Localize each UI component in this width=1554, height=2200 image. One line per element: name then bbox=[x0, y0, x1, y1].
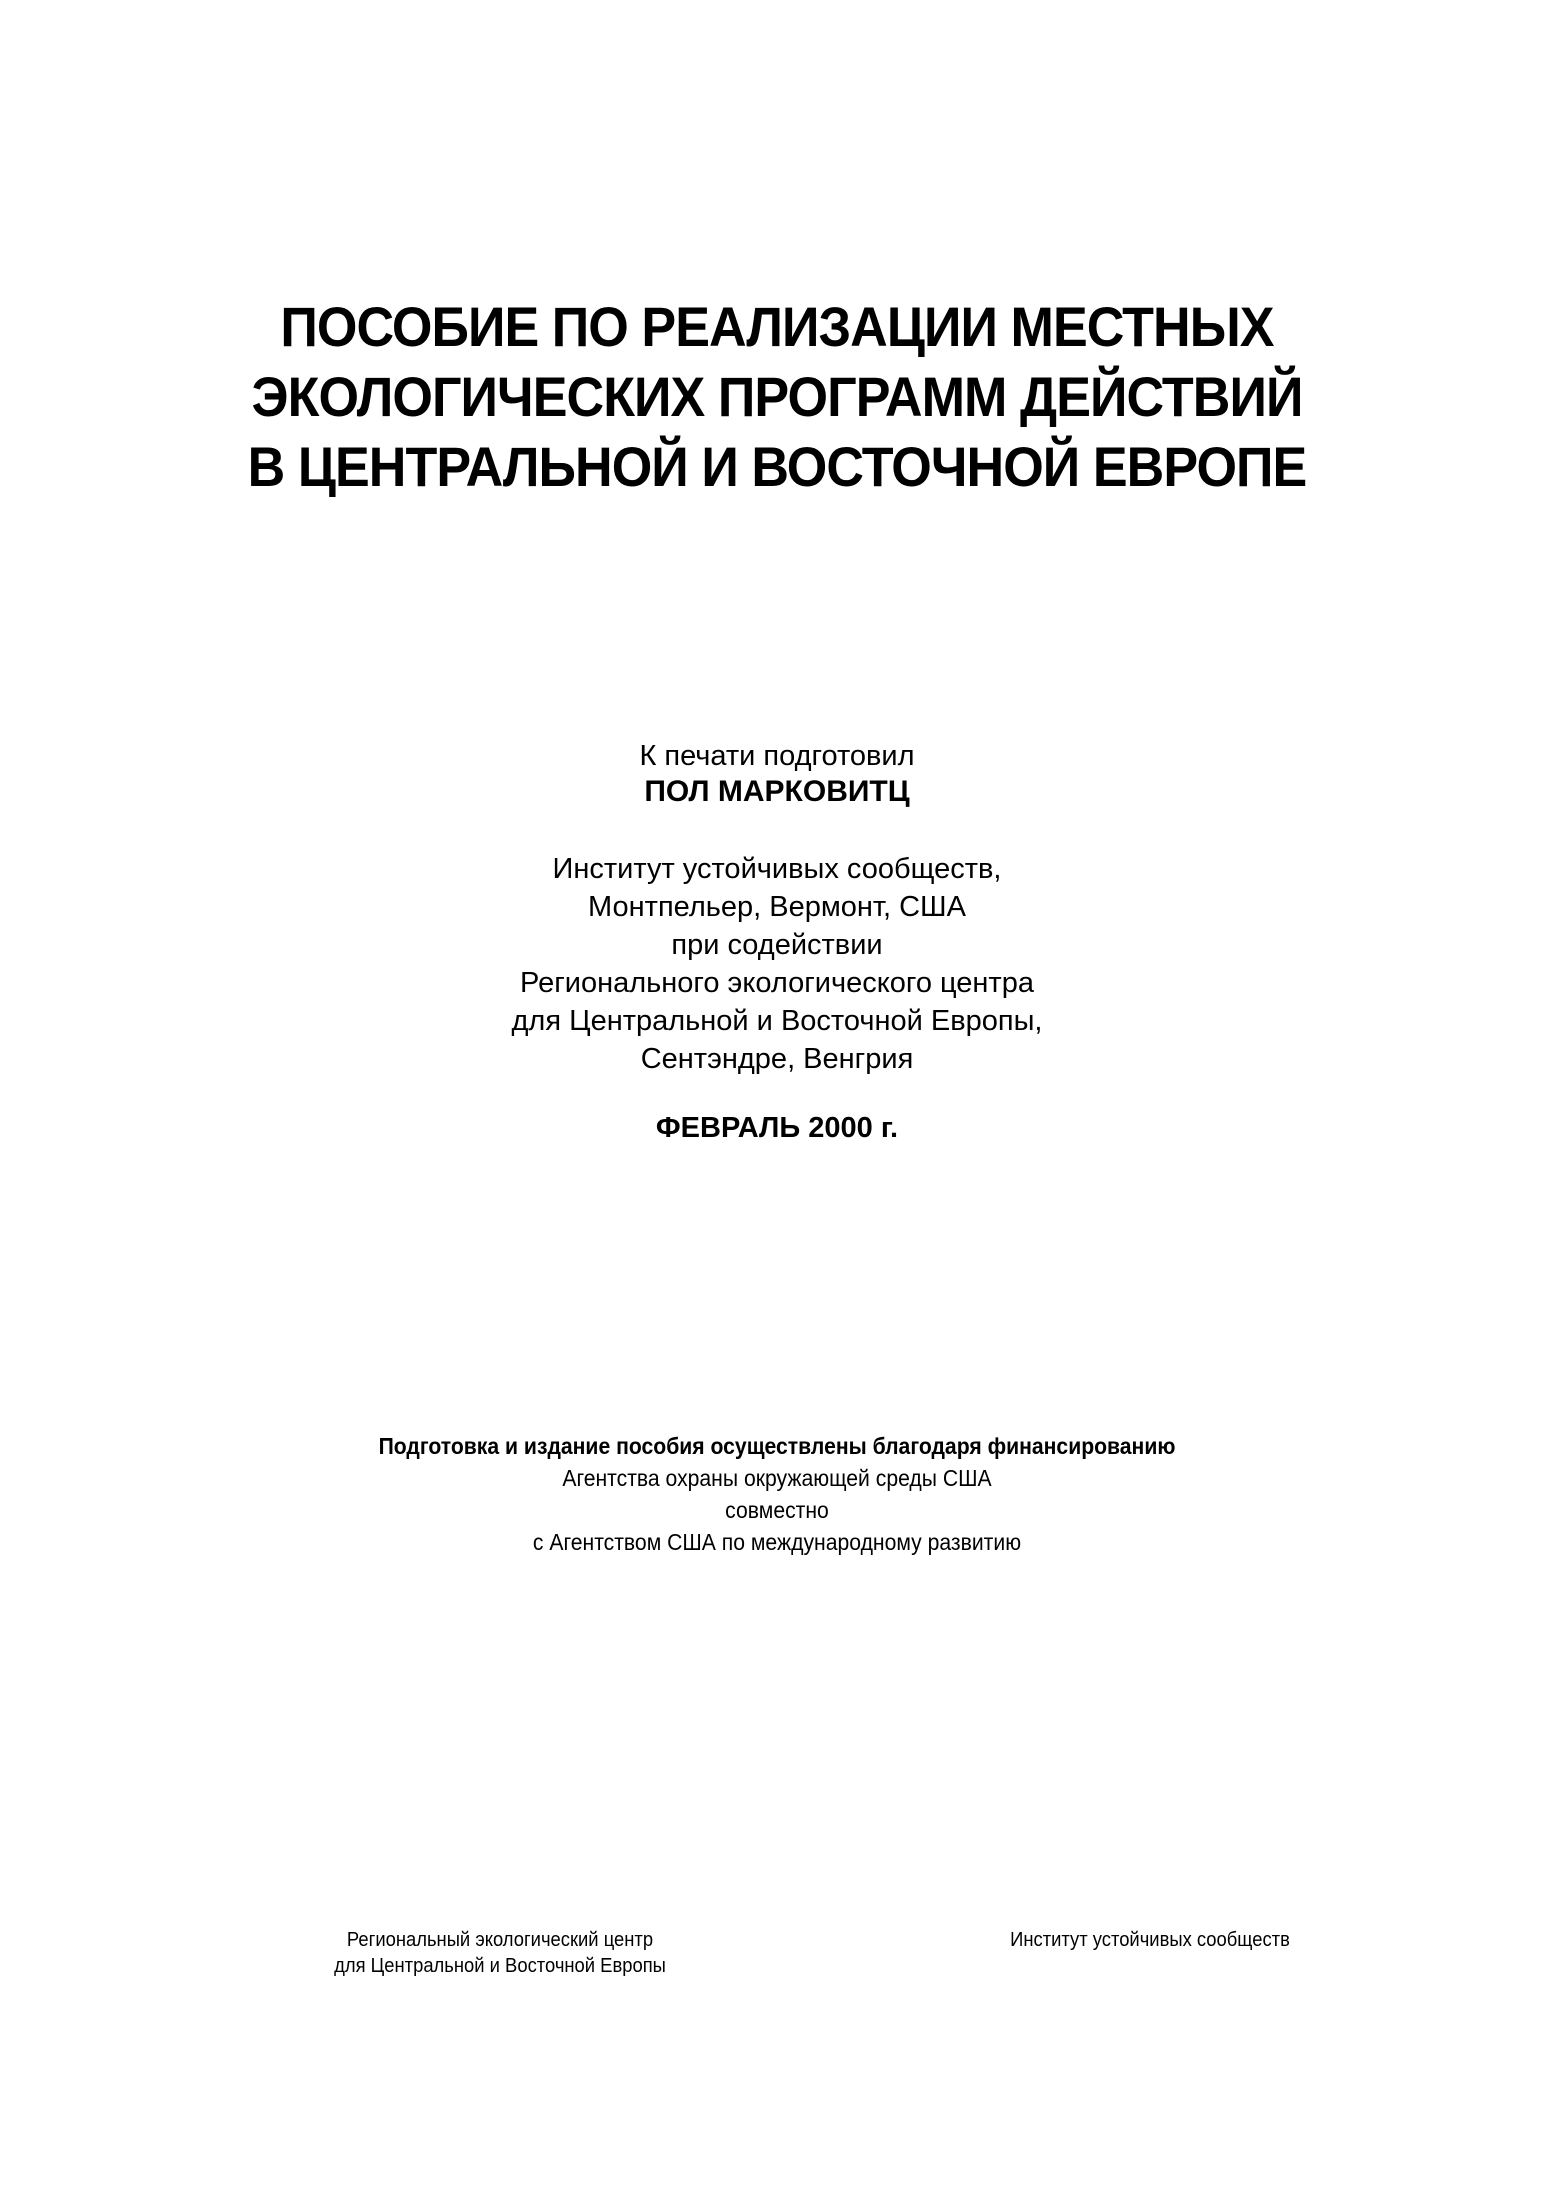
title-line: ЭКОЛОГИЧЕСКИХ ПРОГРАММ ДЕЙСТВИЙ bbox=[54, 362, 1499, 432]
author-name: ПОЛ МАРКОВИТЦ bbox=[0, 774, 1554, 810]
institution-line: Институт устойчивых сообществ, bbox=[0, 850, 1554, 888]
footer-left-line: для Центральной и Восточной Европы bbox=[298, 1953, 703, 1979]
funding-heading: Подготовка и издание пособия осуществлен… bbox=[62, 1430, 1492, 1462]
institution-line: Регионального экологического центра bbox=[0, 964, 1554, 1002]
footer-left-line: Региональный экологический центр bbox=[298, 1927, 703, 1953]
institution-line: Сентэндре, Венгрия bbox=[0, 1040, 1554, 1078]
funding-line: с Агентством США по международному разви… bbox=[62, 1526, 1492, 1558]
institution-line: Монтпельер, Вермонт, США bbox=[0, 888, 1554, 926]
title-line: ПОСОБИЕ ПО РЕАЛИЗАЦИИ МЕСТНЫХ bbox=[54, 292, 1499, 362]
funding-block: Подготовка и издание пособия осуществлен… bbox=[62, 1430, 1492, 1558]
institution-line: при содействии bbox=[0, 926, 1554, 964]
institution-block: Институт устойчивых сообществ, Монтпелье… bbox=[0, 850, 1554, 1078]
publication-date: ФЕВРАЛЬ 2000 г. bbox=[0, 1112, 1554, 1145]
preparation-block: К печати подготовил ПОЛ МАРКОВИТЦ bbox=[0, 738, 1554, 810]
footer-right-organization: Институт устойчивых сообществ bbox=[966, 1927, 1334, 1953]
institution-line: для Центральной и Восточной Европы, bbox=[0, 1002, 1554, 1040]
footer-left-organization: Региональный экологический центр для Цен… bbox=[298, 1927, 703, 1979]
document-title: ПОСОБИЕ ПО РЕАЛИЗАЦИИ МЕСТНЫХ ЭКОЛОГИЧЕС… bbox=[54, 292, 1499, 502]
title-line: В ЦЕНТРАЛЬНОЙ И ВОСТОЧНОЙ ЕВРОПЕ bbox=[54, 432, 1499, 502]
funding-line: совместно bbox=[62, 1494, 1492, 1526]
funding-line: Агентства охраны окружающей среды США bbox=[62, 1462, 1492, 1494]
prepared-by-label: К печати подготовил bbox=[0, 738, 1554, 774]
